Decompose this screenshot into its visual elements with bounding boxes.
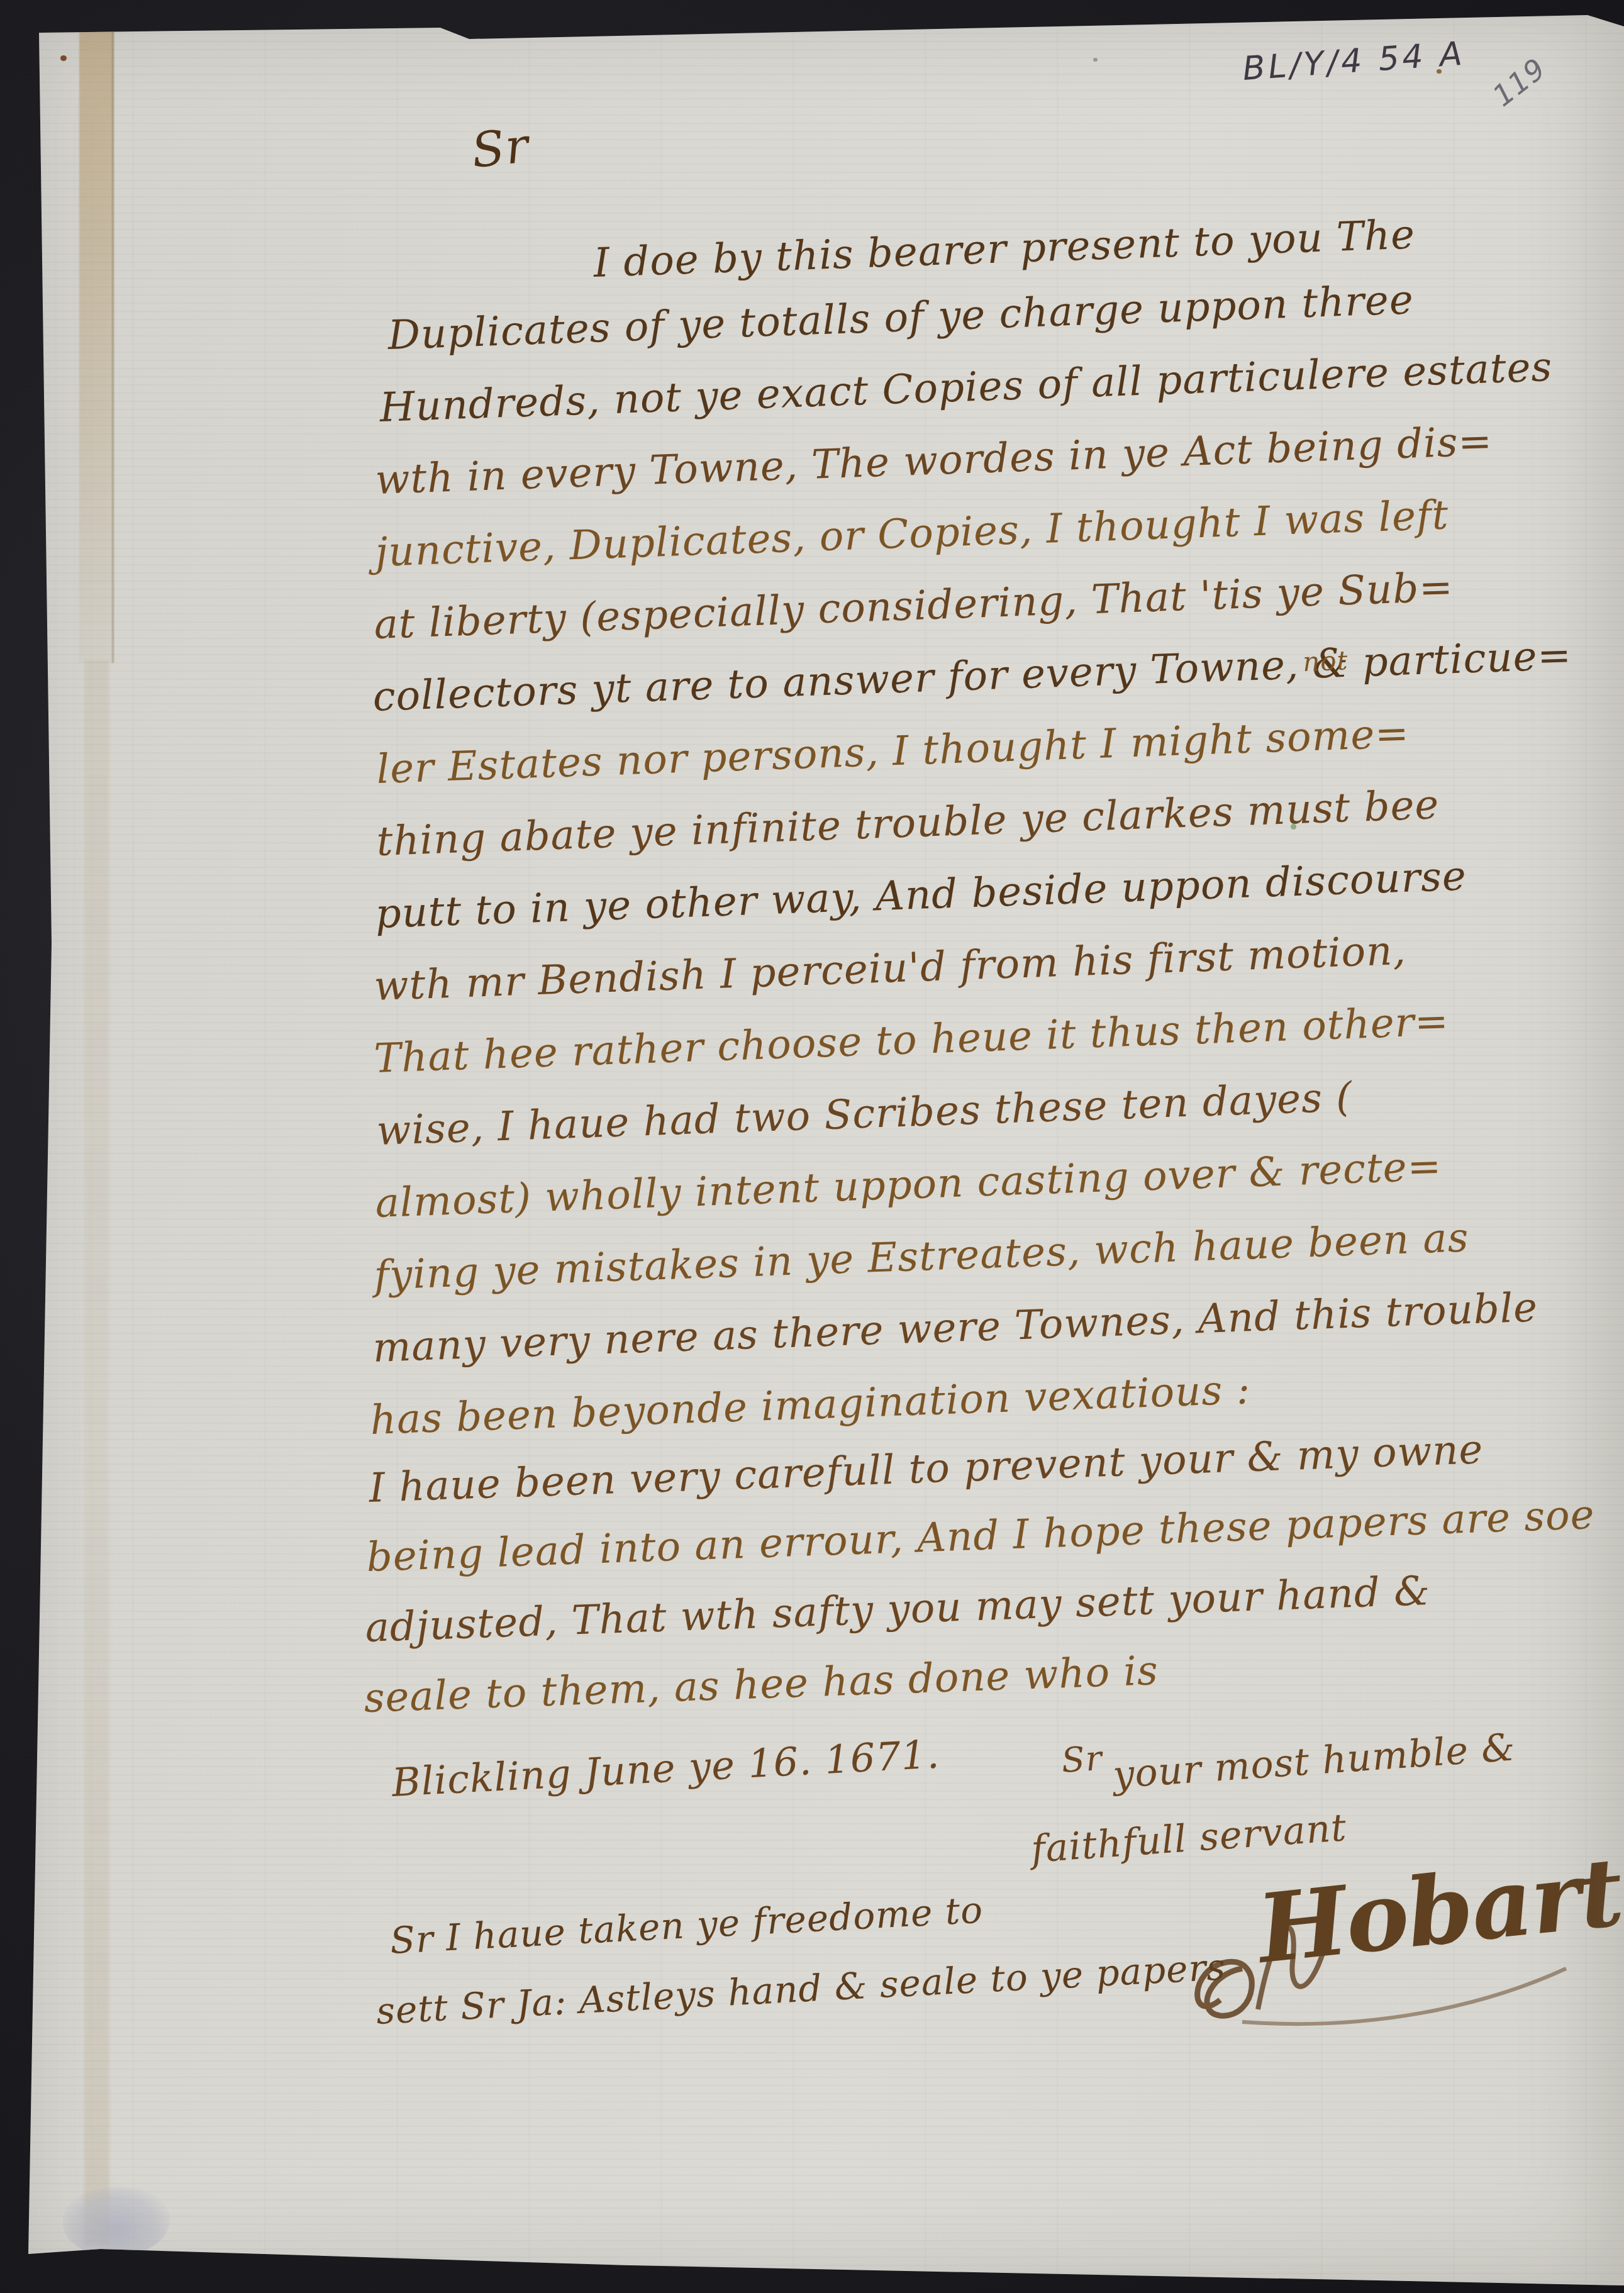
letter-line: junctive, Duplicates, or Copies, I thoug… [374,492,1449,576]
manuscript-photograph: BL/Y/4 54 A 119 Sr I doe by this bearer … [0,0,1624,2293]
letter-line: Duplicates of ye totalls of ye charge up… [387,277,1414,359]
letter-line: ler Estates nor persons, I thought I mig… [375,711,1410,793]
postscript-line: Sr I haue taken ye freedome to [389,1889,984,1962]
letter-line: thing abate ye infinite trouble ye clark… [375,782,1440,865]
letter-line: I haue been very carefull to prevent you… [368,1426,1484,1512]
letter-page: BL/Y/4 54 A 119 Sr I doe by this bearer … [0,0,1624,2293]
letter-line: collectors yt are to answer for every To… [372,632,1572,721]
fold-stain [84,660,109,2245]
letter-line: wth in every Towne, The wordes in ye Act… [374,418,1493,504]
letter-line: many very nere as there were Townes, And… [372,1284,1538,1372]
letter-line: adjusted, That wth safty you may sett yo… [364,1568,1431,1652]
closing-line: your most humble & [1111,1725,1517,1797]
letter-line: wth mr Bendish I perceiu'd from his firs… [373,928,1406,1010]
salutation: Sr [469,117,531,179]
tape-stain [79,28,114,663]
shelfmark-label: BL/Y/4 54 A [1242,35,1467,88]
ink-speck [60,55,67,61]
letter-line: Hundreds, not ye exact Copies of all par… [379,344,1553,431]
closing-line: faithfull servant [1030,1806,1348,1872]
letter-line: has been beyonde imagination vexatious : [369,1367,1251,1444]
letter-line: fying ye mistakes in ye Estreates, wch h… [373,1214,1469,1299]
folio-number: 119 [1486,52,1552,113]
letter-line: That hee rather choose to heue it thus t… [373,998,1450,1082]
paper-repair-blob [63,2187,170,2257]
paper-speck [1093,58,1098,62]
letter-line: almost) wholly intent uppon casting over… [374,1143,1442,1227]
letter-line: putt to in ye other way, And beside uppo… [374,853,1467,938]
interlinear-insertion: not [1302,645,1349,677]
letter-line: seale to them, as hee has done who is [363,1648,1159,1722]
closing-prefix: Sr [1060,1738,1104,1780]
letter-line: wise, I haue had two Scribes these ten d… [375,1074,1353,1155]
postscript-line: sett Sr Ja: Astleys hand & seale to ye p… [375,1945,1226,2033]
letter-line: at liberty (especially considering, That… [373,564,1454,648]
letter-line: I doe by this bearer present to you The [592,211,1416,287]
dateline: Blickling June ye 16. 1671. [391,1731,940,1806]
